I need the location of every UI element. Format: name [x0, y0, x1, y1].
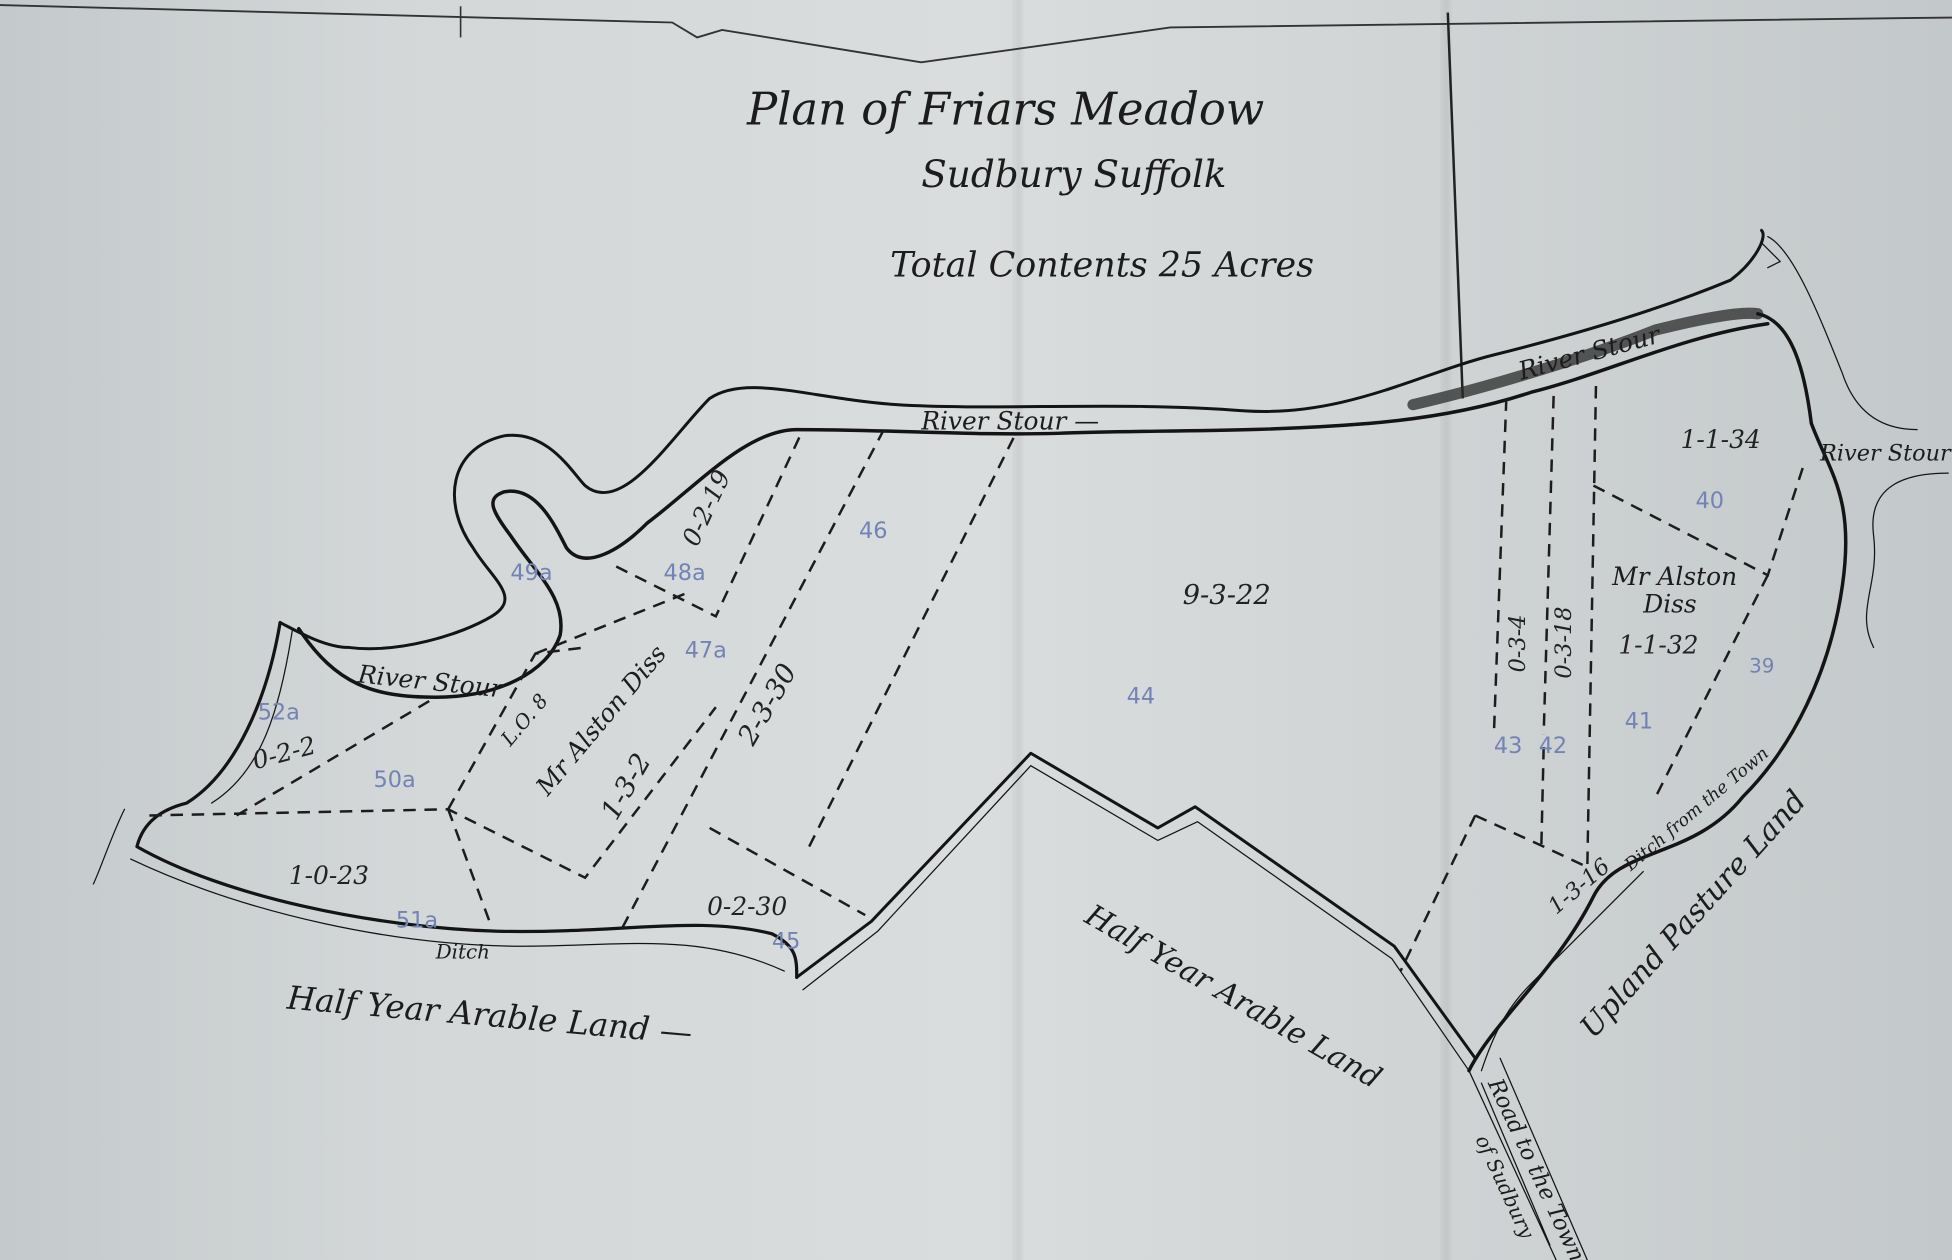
parcel-number: 42	[1539, 733, 1568, 759]
total-contents: Total Contents 25 Acres	[890, 245, 1314, 285]
river-label: River Stour —	[920, 407, 1099, 436]
parcel-area: 9-3-22	[1183, 580, 1271, 611]
map-title: Plan of Friars Meadow	[746, 83, 1264, 136]
parcel-number: 46	[859, 518, 887, 544]
river-label: River Stour	[1819, 441, 1952, 467]
parcel-number: 48a	[664, 560, 706, 586]
parcel-area: 0-2-19	[676, 465, 736, 550]
parcel-area: 0-2-30	[707, 892, 787, 921]
parcel-number: 49a	[510, 560, 552, 586]
parcel-number: 43	[1494, 733, 1523, 759]
parcel-number: 44	[1127, 683, 1156, 709]
parcel-number: 52a	[258, 700, 300, 726]
parcel-area: 0-3-18	[1551, 606, 1577, 678]
ditch-label: Ditch	[435, 941, 490, 964]
owner-label: Diss	[1642, 590, 1696, 619]
parcel-number: 40	[1696, 488, 1725, 514]
parcel-number: 51a	[396, 908, 438, 934]
parcel-area: 1-1-32	[1618, 631, 1698, 660]
parcel-number: 41	[1625, 708, 1654, 734]
lo8-label: L.O. 8	[496, 689, 553, 751]
parcel-number: 47a	[685, 637, 727, 663]
arable-land-label: Half Year Arable Land	[1078, 897, 1387, 1096]
parcel-area: 1-1-34	[1681, 425, 1761, 454]
parcel-number: 50a	[373, 767, 415, 793]
parcel-number: 39	[1749, 654, 1774, 677]
owner-label: Mr Alston	[1611, 562, 1737, 591]
parcel-area: 0-2-2	[249, 731, 319, 776]
estate-map: Plan of Friars Meadow Sudbury Suffolk To…	[0, 0, 1952, 1260]
parcel-area: 1-3-2	[595, 748, 657, 825]
parcel-number: 45	[772, 929, 801, 955]
map-subtitle: Sudbury Suffolk	[921, 152, 1226, 196]
owner-label: Mr Alston Diss	[529, 639, 672, 801]
parcel-area: 2-3-30	[732, 659, 803, 752]
arable-land-label: Half Year Arable Land —	[285, 978, 694, 1051]
parcel-area: 1-0-23	[289, 861, 369, 890]
parcel-area: 0-3-4	[1505, 614, 1531, 672]
